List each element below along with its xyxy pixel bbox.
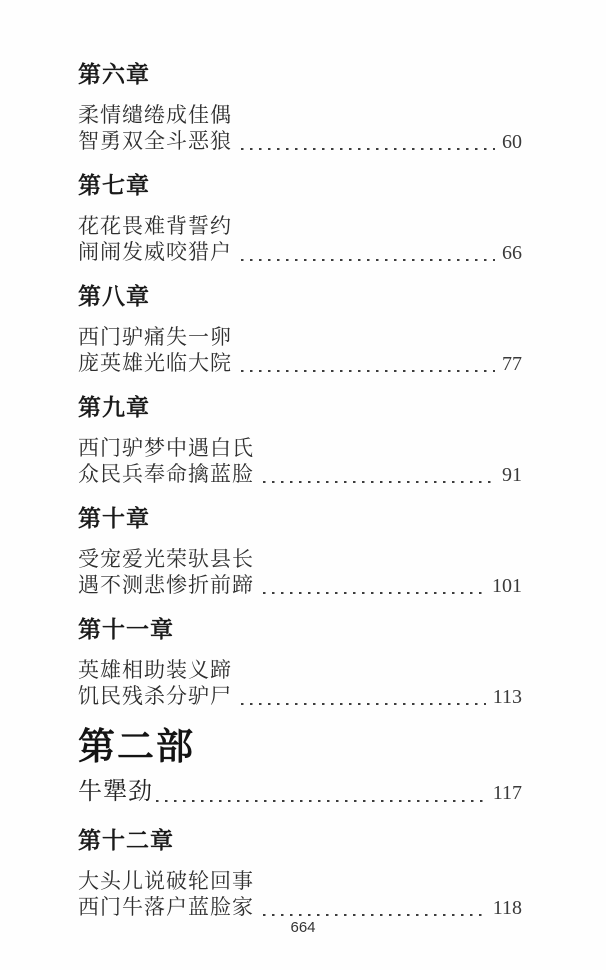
dot-leader	[156, 800, 486, 803]
couplet-line-1: 西门驴痛失一卵	[78, 324, 522, 350]
chapter-heading: 第八章	[78, 285, 522, 309]
toc-page-number: 113	[493, 684, 522, 710]
part-heading: 第二部	[78, 729, 522, 767]
part-title: 牛犟劲	[78, 777, 153, 807]
book-toc-page: 第六章 柔情缱绻成佳偶 智勇双全斗恶狼 60 第七章 花花畏难背誓约 闹闹发威咬…	[0, 0, 606, 970]
toc-page-number: 91	[502, 462, 522, 488]
dot-leader	[241, 148, 495, 151]
dot-leader	[263, 481, 495, 484]
chapter-heading: 第七章	[78, 174, 522, 198]
toc-entry-chapter-6: 第六章 柔情缱绻成佳偶 智勇双全斗恶狼 60	[78, 63, 522, 155]
toc-page-number: 101	[492, 573, 522, 599]
dot-leader	[241, 259, 495, 262]
toc-line: 智勇双全斗恶狼 60	[78, 128, 522, 155]
couplet-line-1: 西门驴梦中遇白氏	[78, 435, 522, 461]
toc-line: 遇不测悲惨折前蹄 101	[78, 572, 522, 599]
dot-leader	[263, 592, 485, 595]
toc-entry-chapter-10: 第十章 受宠爱光荣驮县长 遇不测悲惨折前蹄 101	[78, 507, 522, 599]
toc-page-number: 60	[502, 129, 522, 155]
couplet-line-2: 智勇双全斗恶狼	[78, 128, 232, 154]
toc-page-number: 118	[493, 895, 522, 921]
couplet-line-2: 众民兵奉命擒蓝脸	[78, 461, 254, 487]
toc-line: 饥民残杀分驴尸 113	[78, 683, 522, 710]
couplet-line-2: 西门牛落户蓝脸家	[78, 894, 254, 920]
couplet-line-1: 柔情缱绻成佳偶	[78, 102, 522, 128]
toc-entry-chapter-8: 第八章 西门驴痛失一卵 庞英雄光临大院 77	[78, 285, 522, 377]
couplet-line-1: 受宠爱光荣驮县长	[78, 546, 522, 572]
toc-line: 众民兵奉命擒蓝脸 91	[78, 461, 522, 488]
toc-content: 第六章 柔情缱绻成佳偶 智勇双全斗恶狼 60 第七章 花花畏难背誓约 闹闹发威咬…	[78, 0, 522, 940]
couplet-line-2: 遇不测悲惨折前蹄	[78, 572, 254, 598]
couplet-line-2: 庞英雄光临大院	[78, 350, 232, 376]
couplet-line-1: 大头儿说破轮回事	[78, 868, 522, 894]
couplet-line-2: 闹闹发威咬猎户	[78, 239, 232, 265]
toc-line: 牛犟劲 117	[78, 777, 522, 808]
dot-leader	[263, 914, 486, 917]
chapter-heading: 第十章	[78, 507, 522, 531]
chapter-heading: 第九章	[78, 396, 522, 420]
toc-page-number: 117	[493, 778, 522, 808]
toc-entry-chapter-9: 第九章 西门驴梦中遇白氏 众民兵奉命擒蓝脸 91	[78, 396, 522, 488]
toc-line: 西门牛落户蓝脸家 118	[78, 894, 522, 921]
couplet-line-1: 英雄相助装义蹄	[78, 657, 522, 683]
couplet-line-2: 饥民残杀分驴尸	[78, 683, 232, 709]
couplet-line-1: 花花畏难背誓约	[78, 213, 522, 239]
dot-leader	[241, 703, 486, 706]
toc-page-number: 77	[502, 351, 522, 377]
chapter-heading: 第十一章	[78, 618, 522, 642]
toc-line: 庞英雄光临大院 77	[78, 350, 522, 377]
toc-line: 闹闹发威咬猎户 66	[78, 239, 522, 266]
toc-entry-chapter-7: 第七章 花花畏难背誓约 闹闹发威咬猎户 66	[78, 174, 522, 266]
folio-page-number: 664	[0, 919, 606, 936]
dot-leader	[241, 370, 495, 373]
toc-entry-chapter-11: 第十一章 英雄相助装义蹄 饥民残杀分驴尸 113	[78, 618, 522, 710]
chapter-heading: 第六章	[78, 63, 522, 87]
toc-entry-part-2: 第二部 牛犟劲 117	[78, 729, 522, 808]
chapter-heading: 第十二章	[78, 829, 522, 853]
toc-page-number: 66	[502, 240, 522, 266]
toc-entry-chapter-12: 第十二章 大头儿说破轮回事 西门牛落户蓝脸家 118	[78, 829, 522, 921]
